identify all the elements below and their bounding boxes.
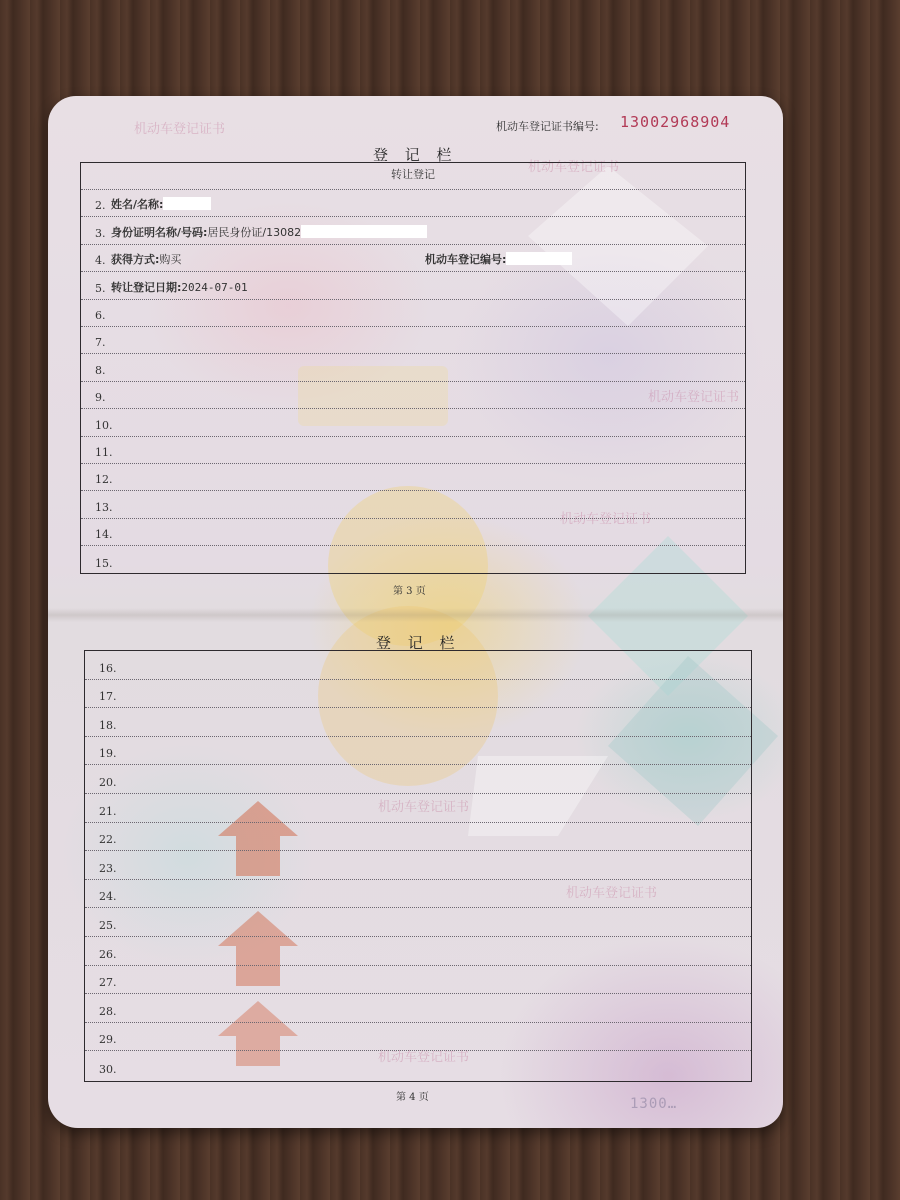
row-field: 获得方式:购买 <box>111 251 181 267</box>
row-number: 8. <box>95 364 106 377</box>
redacted-field <box>163 197 211 210</box>
certificate-number-label: 机动车登记证书编号: <box>496 118 599 134</box>
table-row: 18. <box>85 708 751 737</box>
page3-number: 第 3 页 <box>393 582 426 597</box>
table-row: 2.姓名/名称: <box>81 190 745 217</box>
row-number: 24. <box>99 890 117 903</box>
table-row: 10. <box>81 409 745 436</box>
table-row: 29. <box>85 1023 751 1052</box>
table-row: 5.转让登记日期:2024-07-01 <box>81 272 745 299</box>
row-number: 9. <box>95 391 106 404</box>
field-value: 居民身份证/13082 <box>207 226 427 239</box>
row-field: 身份证明名称/号码:居民身份证/13082 <box>111 224 427 240</box>
table-row: 15. <box>81 546 745 573</box>
field-label: 转让登记日期: <box>111 281 181 294</box>
table-row: 27. <box>85 966 751 995</box>
row-number: 18. <box>99 719 117 732</box>
table-row: 22. <box>85 823 751 852</box>
field-label: 机动车登记编号: <box>425 253 506 266</box>
redacted-field <box>301 225 427 238</box>
field-value <box>506 253 572 266</box>
row-field: 转让登记日期:2024-07-01 <box>111 279 248 295</box>
row-number: 2. <box>95 199 106 212</box>
table-row: 14. <box>81 519 745 546</box>
row-number: 25. <box>99 919 117 932</box>
table-row: 9. <box>81 382 745 409</box>
field-label: 姓名/名称: <box>111 198 163 211</box>
field-value <box>163 198 211 211</box>
field-label: 身份证明名称/号码: <box>111 226 207 239</box>
table-row: 26. <box>85 937 751 966</box>
table-row: 25. <box>85 908 751 937</box>
row-field: 姓名/名称: <box>111 196 211 212</box>
row-number: 10. <box>95 419 113 432</box>
row-number: 28. <box>99 1005 117 1018</box>
table-row: 3.身份证明名称/号码:居民身份证/13082 <box>81 217 745 244</box>
table-row: 21. <box>85 794 751 823</box>
row-number: 30. <box>99 1063 117 1076</box>
row-number: 21. <box>99 805 117 818</box>
table-header-row <box>81 162 745 190</box>
row-number: 4. <box>95 254 106 267</box>
table-row: 28. <box>85 994 751 1023</box>
row-number: 22. <box>99 833 117 846</box>
row-number: 14. <box>95 528 113 541</box>
row-number: 26. <box>99 948 117 961</box>
watermark-text: 机动车登记证书 <box>134 118 225 137</box>
field-label: 获得方式: <box>111 253 159 266</box>
row-number: 7. <box>95 336 106 349</box>
row-number: 16. <box>99 662 117 675</box>
row-number: 13. <box>95 501 113 514</box>
table-row: 6. <box>81 300 745 327</box>
table-row: 4.获得方式:购买机动车登记编号: <box>81 245 745 272</box>
vehicle-registration-number-field: 机动车登记编号: <box>425 251 572 267</box>
back-serial-number: 1300… <box>630 1096 677 1112</box>
table-row: 8. <box>81 354 745 381</box>
row-number: 20. <box>99 776 117 789</box>
row-number: 6. <box>95 309 106 322</box>
row-number: 12. <box>95 473 113 486</box>
table-row: 19. <box>85 737 751 766</box>
redacted-field <box>506 252 572 265</box>
row-number: 23. <box>99 862 117 875</box>
table-row: 20. <box>85 765 751 794</box>
row-number: 17. <box>99 690 117 703</box>
row-number: 27. <box>99 976 117 989</box>
row-number: 11. <box>95 446 113 459</box>
page4-register-table: 16.17.18.19.20.21.22.23.24.25.26.27.28.2… <box>84 650 752 1082</box>
row-number: 3. <box>95 227 106 240</box>
table-row: 17. <box>85 680 751 709</box>
page4-number: 第 4 页 <box>396 1088 429 1103</box>
table-row: 13. <box>81 491 745 518</box>
table-row: 7. <box>81 327 745 354</box>
table-row: 30. <box>85 1051 751 1080</box>
table-row: 12. <box>81 464 745 491</box>
field-value: 2024-07-01 <box>181 281 247 294</box>
row-number: 15. <box>95 557 113 570</box>
booklet-fold <box>48 608 783 622</box>
row-number: 19. <box>99 747 117 760</box>
row-number: 29. <box>99 1033 117 1046</box>
certificate-number: 13002968904 <box>620 113 730 131</box>
registration-certificate-booklet: 机动车登记证书 机动车登记证书 机动车登记证书 机动车登记证书 机动车登记证书 … <box>48 96 783 1128</box>
table-row: 23. <box>85 851 751 880</box>
table-row: 24. <box>85 880 751 909</box>
page3-register-table: 转让登记 2.姓名/名称:3.身份证明名称/号码:居民身份证/130824.获得… <box>80 162 746 574</box>
table-row: 16. <box>85 651 751 680</box>
field-value: 购买 <box>159 253 181 266</box>
table-row: 11. <box>81 437 745 464</box>
row-number: 5. <box>95 282 106 295</box>
